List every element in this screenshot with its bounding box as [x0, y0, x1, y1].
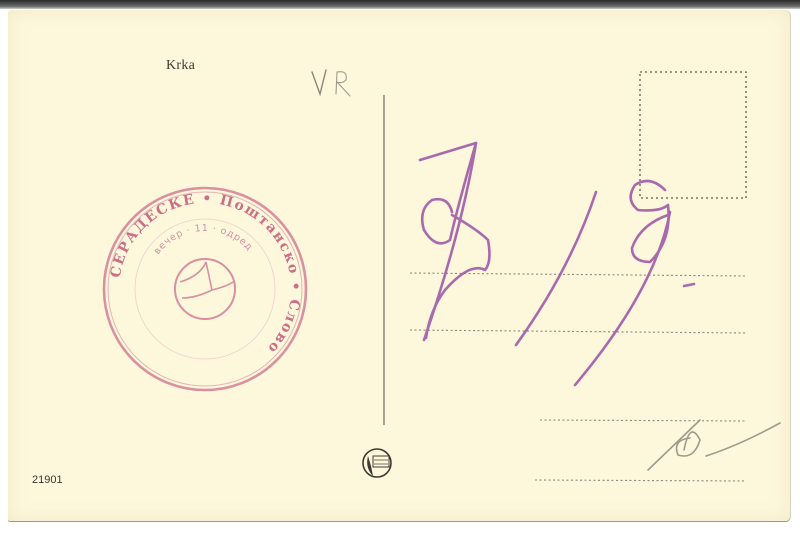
publisher-emblem-icon [361, 444, 393, 482]
serial-number: 21901 [32, 474, 63, 486]
pencil-number-16 [648, 420, 780, 470]
ink-number-9-19 [420, 143, 694, 385]
handwritten-marks [0, 0, 800, 544]
